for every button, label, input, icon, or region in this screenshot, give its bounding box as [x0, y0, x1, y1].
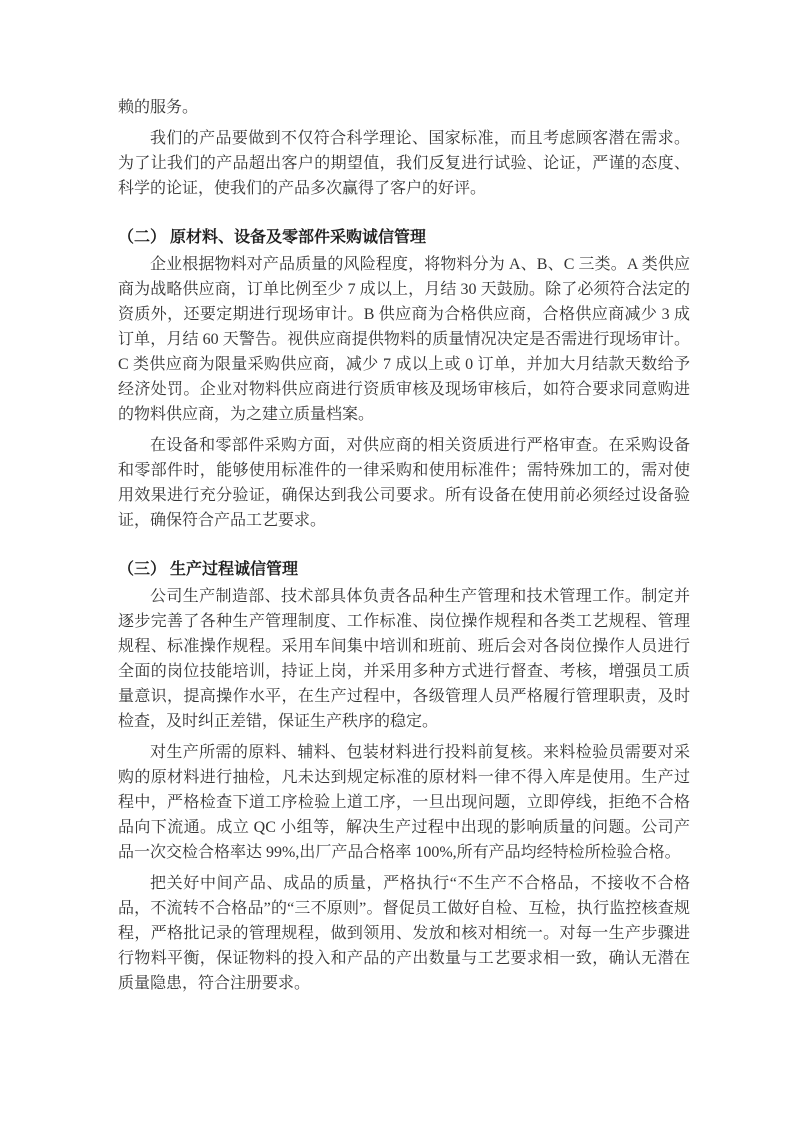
paragraph-material-inspection: 对生产所需的原料、辅料、包装材料进行投料前复核。来料检验员需要对采购的原材料进行…	[118, 740, 690, 865]
paragraph-supplier-classification: 企业根据物料对产品质量的风险程度，将物料分为 A、B、C 三类。A 类供应商为战…	[118, 252, 690, 427]
paragraph-equipment-parts-purchasing: 在设备和零部件采购方面，对供应商的相关资质进行严格审查。在采购设备和零部件时，能…	[118, 433, 690, 533]
paragraph-product-customer-expectation: 我们的产品要做到不仅符合科学理论、国家标准，而且考虑顾客潜在需求。为了让我们的产…	[118, 126, 690, 201]
paragraph-three-no-principles: 把关好中间产品、成品的质量，严格执行“不生产不合格品，不接收不合格品，不流转不合…	[118, 871, 690, 996]
section-heading-production-integrity: （三） 生产过程诚信管理	[118, 557, 690, 582]
continuation-paragraph-service: 赖的服务。	[118, 95, 690, 120]
paragraph-production-management: 公司生产制造部、技术部具体负责各品种生产管理和技术管理工作。制定并逐步完善了各种…	[118, 584, 690, 734]
section-heading-procurement-integrity: （二） 原材料、设备及零部件采购诚信管理	[118, 225, 690, 250]
document-page: 赖的服务。 我们的产品要做到不仅符合科学理论、国家标准，而且考虑顾客潜在需求。为…	[0, 0, 800, 1132]
